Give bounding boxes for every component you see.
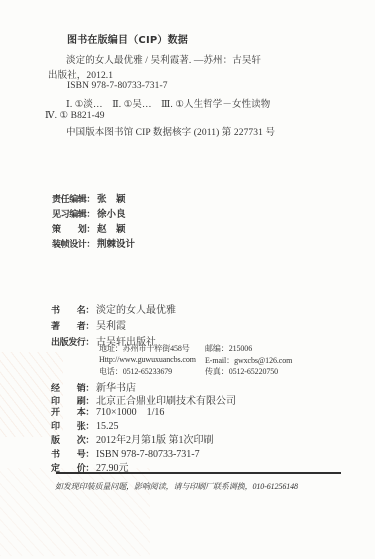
cip-classification-line: Ⅰ. ①淡… Ⅱ. ①吴… Ⅲ. ①人生哲学－女性读物	[66, 96, 270, 110]
publisher-email: E-mail：gwxcbs@126.com	[205, 355, 292, 367]
book-author: 吴利霞	[96, 321, 126, 332]
book-info-label: 出版发行：	[51, 338, 94, 348]
publisher-website: Http://www.guwuxuancbs.com	[99, 355, 205, 367]
book-info-label: 书 名：	[51, 306, 94, 316]
colophon-page: 图书在版编目（CIP）数据 淡定的女人最优雅 / 吴利霞著. —苏州：古吴轩 出…	[0, 0, 375, 559]
publisher-postcode: 邮编：215006	[205, 343, 292, 355]
cip-line: 出版社，2012.1	[48, 67, 113, 81]
publisher-contact-block: 地址：苏州市十梓街458号 邮编：215006 Http://www.guwux…	[99, 343, 292, 378]
cip-record-number-line: 中国版本图书馆 CIP 数据核字 (2011) 第 227731 号	[66, 124, 275, 138]
quality-notice-footnote: 如发现印装质量问题，影响阅读，请与印刷厂联系调换，010-61256148	[55, 481, 298, 492]
publisher-fax: 传真：0512-65220750	[205, 366, 292, 378]
staff-row: 装帧设计：荆棘设计	[52, 234, 135, 252]
staff-value: 荆棘设计	[97, 239, 135, 250]
cip-header: 图书在版编目（CIP）数据	[67, 31, 188, 46]
footer-divider-line	[56, 472, 341, 474]
publisher-phone: 电话：0512-65233679	[99, 366, 205, 378]
cip-isbn-line: ISBN 978-7-80733-731-7	[67, 81, 168, 91]
cip-classification-line: Ⅳ. ① B821-49	[45, 110, 105, 121]
cip-line: 淡定的女人最优雅 / 吴利霞著. —苏州：古吴轩	[66, 52, 261, 66]
book-title: 淡定的女人最优雅	[96, 305, 176, 316]
book-info-label: 著 者：	[51, 322, 94, 332]
staff-label: 装帧设计：	[52, 240, 95, 250]
publisher-address: 地址：苏州市十梓街458号	[99, 343, 205, 355]
